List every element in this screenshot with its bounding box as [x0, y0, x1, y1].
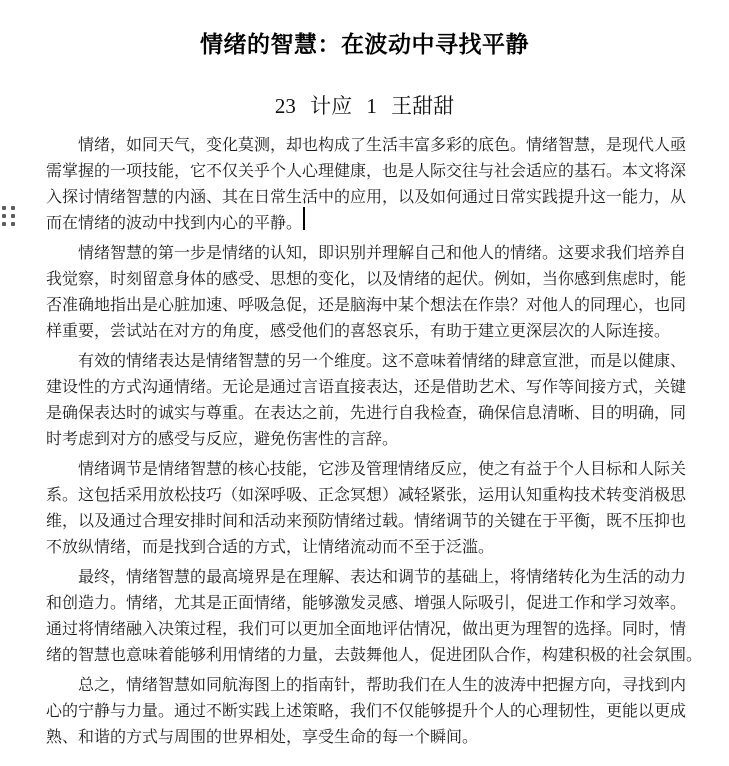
paragraph[interactable]: 情绪智慧的第一步是情绪的认知，即识别并理解自己和他人的情绪。这要求我们培养自 我… [46, 241, 704, 345]
paragraph[interactable]: 情绪，如同天气，变化莫测，却也构成了生活丰富多彩的底色。情绪智慧，是现代人亟 需… [46, 133, 704, 237]
paragraph[interactable]: 总之，情绪智慧如同航海图上的指南针，帮助我们在人生的波涛中把握方向，寻找到内 心… [46, 673, 704, 751]
document-page: 情绪的智慧：在波动中寻找平静 23 计应 1 王甜甜 情绪，如同天气，变化莫测，… [0, 0, 729, 766]
paragraph[interactable]: 最终，情绪智慧的最高境界是在理解、表达和调节的基础上，将情绪转化为生活的动力 和… [46, 565, 704, 669]
author-byline: 23 计应 1 王甜甜 [0, 94, 729, 118]
document-body[interactable]: 情绪，如同天气，变化莫测，却也构成了生活丰富多彩的底色。情绪智慧，是现代人亟 需… [0, 133, 729, 751]
document-title: 情绪的智慧：在波动中寻找平静 [0, 31, 729, 57]
drag-handle-icon[interactable] [2, 206, 15, 226]
paragraph[interactable]: 有效的情绪表达是情绪智慧的另一个维度。这不意味着情绪的肆意宣泄，而是以健康、 建… [46, 349, 704, 453]
paragraph[interactable]: 情绪调节是情绪智慧的核心技能，它涉及管理情绪反应，使之有益于个人目标和人际关 系… [46, 457, 704, 561]
text-cursor-caret [303, 207, 305, 230]
